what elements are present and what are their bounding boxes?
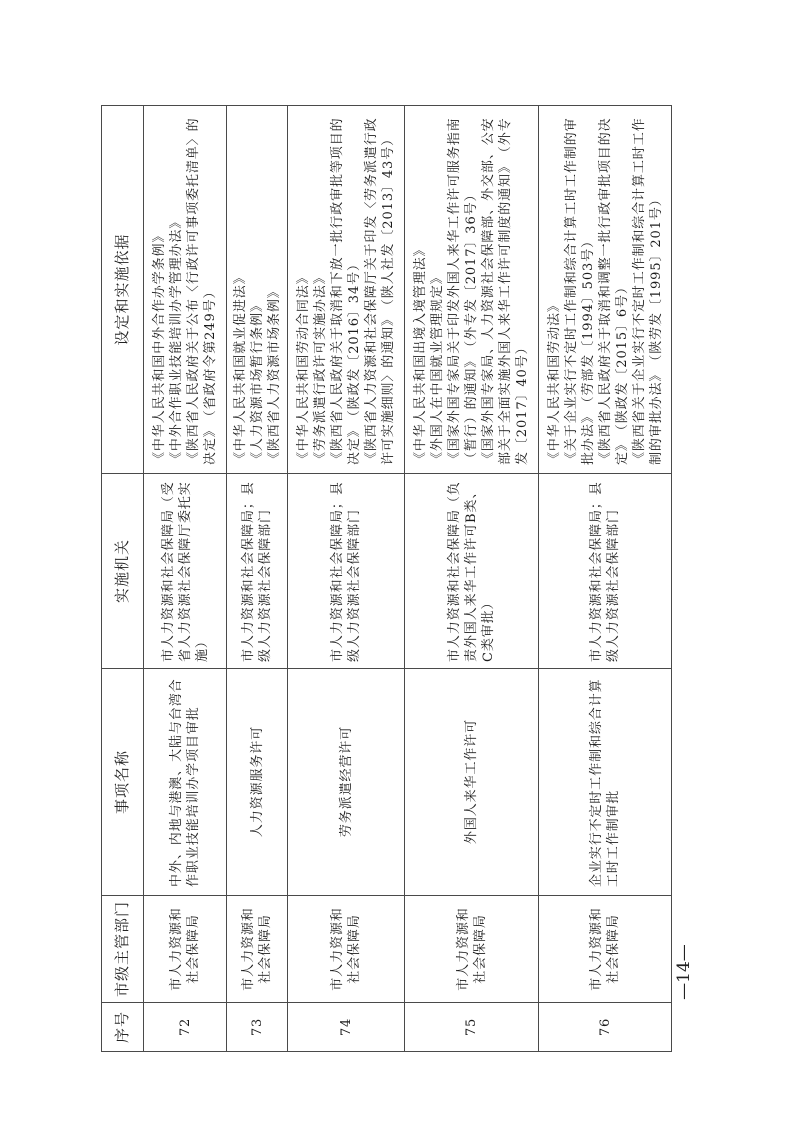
agency-text: 市人力资源和社会保障局（负责外国人来华工作许可B类、C类审批） bbox=[446, 480, 497, 662]
agency-text: 市人力资源和社会保障局；县级人力资源社会保障部门 bbox=[240, 480, 274, 662]
header-row: 序号 市级主管部门 事项名称 实施机关 设定和实施依据 bbox=[102, 106, 144, 1052]
row-number: 73 bbox=[227, 1003, 288, 1052]
item-name: 人力资源服务许可 bbox=[249, 726, 266, 837]
table-row: 75 市人力资源和社会保障局 外国人来华工作许可 市人力资源和社会保障局（负责外… bbox=[405, 106, 539, 1052]
department-cell: 市人力资源和社会保障局 bbox=[539, 896, 672, 1003]
department-cell: 市人力资源和社会保障局 bbox=[288, 896, 405, 1003]
legal-basis-cell: 《中华人民共和国就业促进法》 《人力资源市场暂行条例》 《陕西省人力资源市场条例… bbox=[227, 106, 288, 474]
item-name: 企业实行不定时工作制和综合计算工时工作制审批 bbox=[588, 676, 622, 887]
header-agency: 实施机关 bbox=[102, 474, 144, 669]
header-number: 序号 bbox=[102, 1003, 144, 1052]
row-number: 76 bbox=[539, 1003, 672, 1052]
table-row: 73 市人力资源和社会保障局 人力资源服务许可 市人力资源和社会保障局；县级人力… bbox=[227, 106, 288, 1052]
agency-cell: 市人力资源和社会保障局；县级人力资源社会保障部门 bbox=[227, 474, 288, 669]
department-cell: 市人力资源和社会保障局 bbox=[405, 896, 539, 1003]
agency-cell: 市人力资源和社会保障局（负责外国人来华工作许可B类、C类审批） bbox=[405, 474, 539, 669]
item-name-cell: 企业实行不定时工作制和综合计算工时工作制审批 bbox=[539, 669, 672, 896]
legal-basis-item: 《中华人民共和国劳动合同法》 bbox=[295, 114, 312, 465]
header-legal-basis: 设定和实施依据 bbox=[102, 106, 144, 474]
item-name-cell: 中外、内地与港澳、大陆与台湾合作职业技能培训办学项目审批 bbox=[144, 669, 227, 896]
legal-basis-item: 《陕西省人民政府关于取消和调整一批行政审批项目的决定》（陕政发〔2015〕6号） bbox=[597, 114, 631, 465]
legal-basis-item: 《中华人民共和国出境入境管理法》 bbox=[412, 114, 429, 465]
department-cell: 市人力资源和社会保障局 bbox=[144, 896, 227, 1003]
table-row: 72 市人力资源和社会保障局 中外、内地与港澳、大陆与台湾合作职业技能培训办学项… bbox=[144, 106, 227, 1052]
agency-cell: 市人力资源和社会保障局（受省人力资源社会保障厅委托实施） bbox=[144, 474, 227, 669]
legal-basis-item: 《陕西省关于企业实行不定时工作制和综合计算工时工作制的审批办法》（陕劳发〔199… bbox=[631, 114, 665, 465]
legal-basis-item: 《国家外国专家局关于印发外国人来华工作许可服务指南（暂行）的通知》（外专发〔20… bbox=[446, 114, 480, 465]
legal-basis-item: 《关于企业实行不定时工作制和综合计算工时工作制的审批办法》（劳部发〔1994〕5… bbox=[563, 114, 597, 465]
agency-cell: 市人力资源和社会保障局；县级人力资源社会保障部门 bbox=[288, 474, 405, 669]
agency-text: 市人力资源和社会保障局（受省人力资源社会保障厅委托实施） bbox=[160, 480, 211, 662]
item-name-cell: 外国人来华工作许可 bbox=[405, 669, 539, 896]
legal-basis-cell: 《中华人民共和国劳动法》 《关于企业实行不定时工作制和综合计算工时工作制的审批办… bbox=[539, 106, 672, 474]
legal-basis-item: 《外国人在中国就业管理规定》 bbox=[429, 114, 446, 465]
legal-basis-item: 《中华人民共和国劳动法》 bbox=[546, 114, 563, 465]
legal-basis-cell: 《中华人民共和国劳动合同法》 《劳务派遣行政许可实施办法》 《陕西省人民政府关于… bbox=[288, 106, 405, 474]
legal-basis-cell: 《中华人民共和国出境入境管理法》 《外国人在中国就业管理规定》 《国家外国专家局… bbox=[405, 106, 539, 474]
legal-basis-item: 《陕西省人力资源市场条例》 bbox=[266, 114, 283, 465]
rotated-page-content: 序号 市级主管部门 事项名称 实施机关 设定和实施依据 72 市人力资源和社会保… bbox=[101, 106, 671, 1052]
legal-basis-item: 《中华人民共和国中外合作办学条例》 bbox=[151, 114, 168, 465]
row-number: 74 bbox=[288, 1003, 405, 1052]
legal-basis-item: 《陕西省人民政府关于公布〈行政许可事项委托清单〉的决定》（省政府令第249号） bbox=[185, 114, 219, 465]
item-name: 劳务派遣经营许可 bbox=[338, 726, 355, 837]
row-number: 72 bbox=[144, 1003, 227, 1052]
agency-text: 市人力资源和社会保障局；县级人力资源社会保障部门 bbox=[588, 480, 622, 662]
legal-basis-item: 《陕西省人力资源和社会保障厅关于印发〈劳务派遣行政许可实施细则〉的通知》（陕人社… bbox=[363, 114, 397, 465]
legal-basis-item: 《国家外国专家局、人力资源社会保障部、外交部、公安部关于全面实施外国人来华工作许… bbox=[480, 114, 531, 465]
legal-basis-item: 《陕西省人民政府关于取消和下放一批行政审批等项目的决定》（陕政发〔2016〕34… bbox=[329, 114, 363, 465]
table-row: 74 市人力资源和社会保障局 劳务派遣经营许可 市人力资源和社会保障局；县级人力… bbox=[288, 106, 405, 1052]
agency-cell: 市人力资源和社会保障局；县级人力资源社会保障部门 bbox=[539, 474, 672, 669]
page-number: —14— bbox=[673, 942, 695, 1002]
department-cell: 市人力资源和社会保障局 bbox=[227, 896, 288, 1003]
legal-basis-item: 《人力资源市场暂行条例》 bbox=[249, 114, 266, 465]
row-number: 75 bbox=[405, 1003, 539, 1052]
item-name-cell: 人力资源服务许可 bbox=[227, 669, 288, 896]
administrative-licensing-table: 序号 市级主管部门 事项名称 实施机关 设定和实施依据 72 市人力资源和社会保… bbox=[101, 105, 672, 1052]
header-department: 市级主管部门 bbox=[102, 896, 144, 1003]
header-item-name: 事项名称 bbox=[102, 669, 144, 896]
item-name-cell: 劳务派遣经营许可 bbox=[288, 669, 405, 896]
table-row: 76 市人力资源和社会保障局 企业实行不定时工作制和综合计算工时工作制审批 市人… bbox=[539, 106, 672, 1052]
legal-basis-cell: 《中华人民共和国中外合作办学条例》 《中外合作职业技能培训办学管理办法》 《陕西… bbox=[144, 106, 227, 474]
legal-basis-item: 《劳务派遣行政许可实施办法》 bbox=[312, 114, 329, 465]
item-name: 外国人来华工作许可 bbox=[463, 719, 480, 844]
legal-basis-item: 《中外合作职业技能培训办学管理办法》 bbox=[168, 114, 185, 465]
item-name: 中外、内地与港澳、大陆与台湾合作职业技能培训办学项目审批 bbox=[168, 676, 202, 887]
agency-text: 市人力资源和社会保障局；县级人力资源社会保障部门 bbox=[329, 480, 363, 662]
legal-basis-item: 《中华人民共和国就业促进法》 bbox=[232, 114, 249, 465]
